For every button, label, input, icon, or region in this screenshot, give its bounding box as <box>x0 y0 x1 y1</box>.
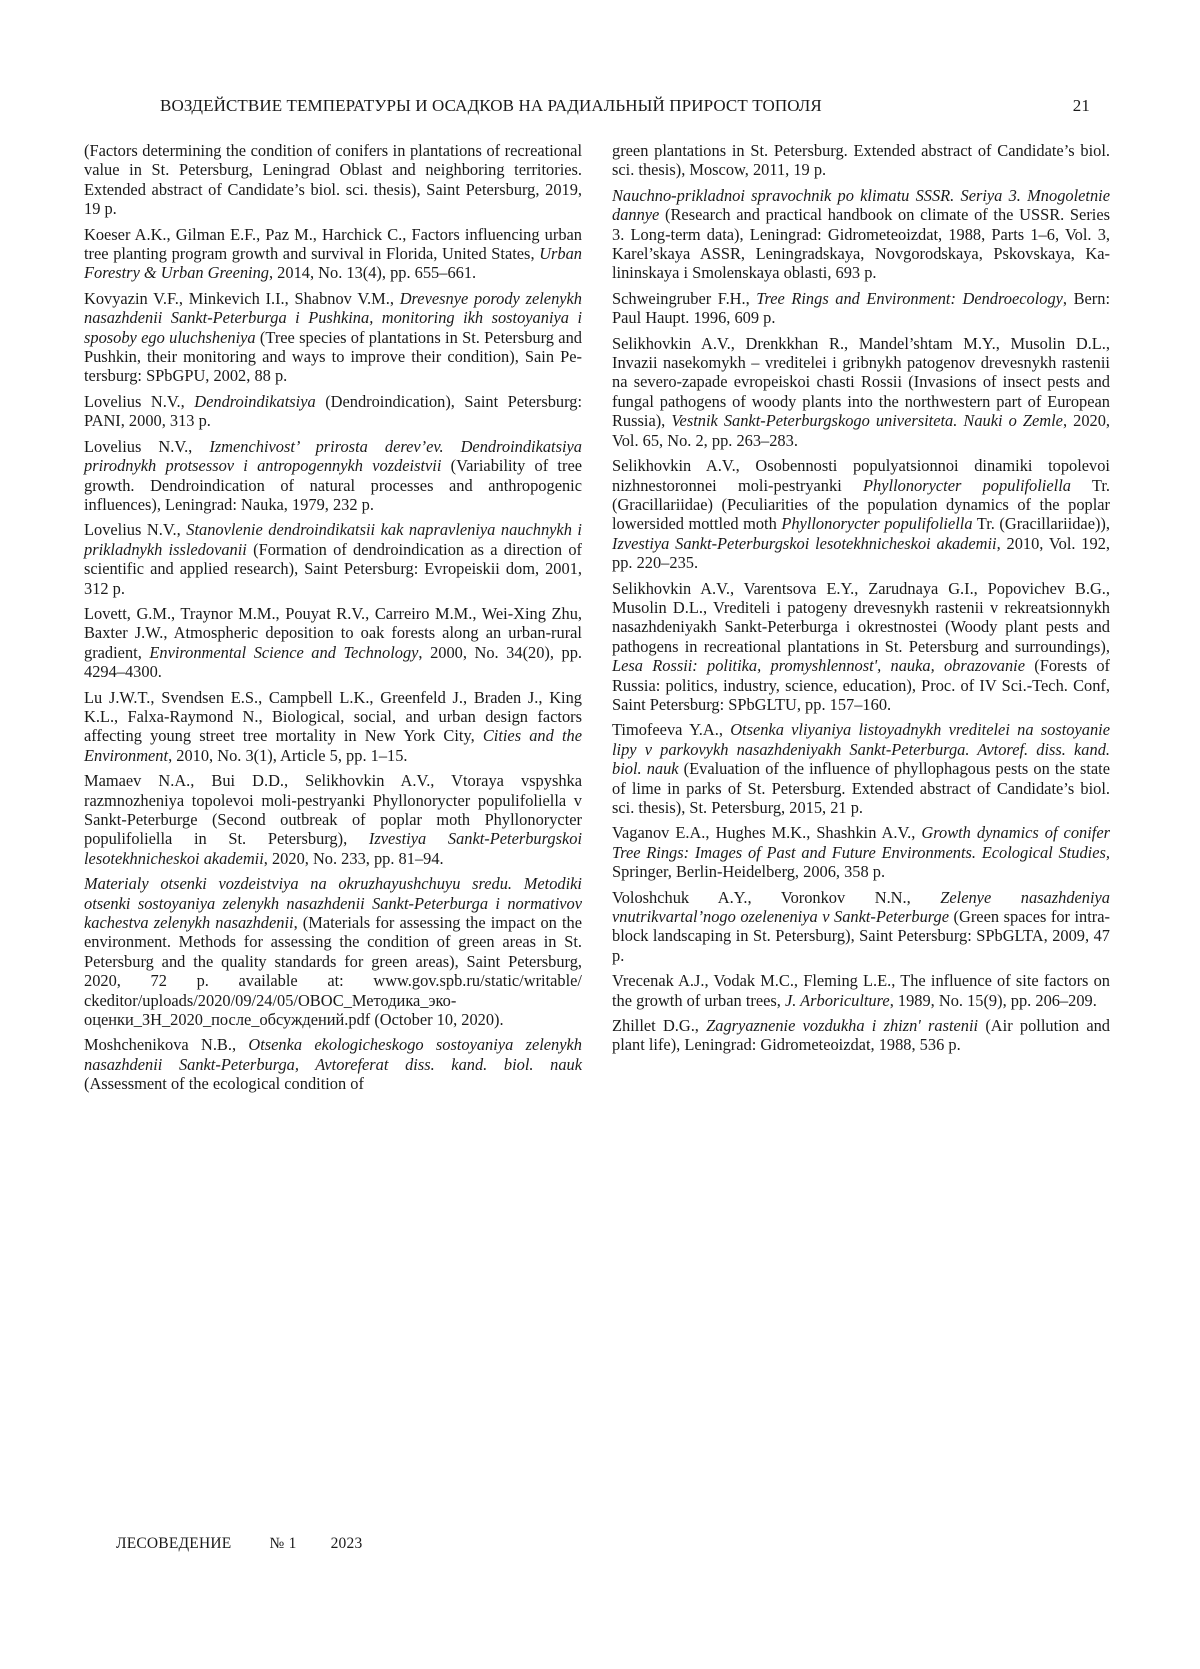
reference-italic-title: J. Arboriculture <box>785 991 890 1010</box>
reference-entry: green plantations in St. Petersburg. Ext… <box>612 141 1110 180</box>
reference-text: Springer, Berlin-Heidelberg, 2006, 358 p… <box>612 862 885 881</box>
reference-italic-title: Zagryaznenie vozdukha i zhizn' rastenii <box>706 1016 978 1035</box>
reference-text: Moshchenikova N.B., <box>84 1035 248 1054</box>
reference-text: (Assessment of the ecological condition … <box>84 1074 364 1093</box>
reference-entry: Timofeeva Y.A., Otsenka vliyaniya listoy… <box>612 720 1110 817</box>
reference-text: , 2020, No. 233, pp. 81–94. <box>264 849 444 868</box>
reference-italic-title: Vestnik Sankt-Peterburgskogo universitet… <box>671 411 1063 430</box>
reference-text: (Factors determining the condition of co… <box>84 141 582 218</box>
reference-column-right: green plantations in St. Petersburg. Ext… <box>612 141 1110 1061</box>
reference-text: Tr. (Gracillariidae)), <box>973 514 1110 533</box>
reference-text: Vaganov E.A., Hughes M.K., Shashkin A.V.… <box>612 823 921 842</box>
reference-text: Lovelius N.V., <box>84 392 194 411</box>
reference-text: Schweingruber F.H., <box>612 289 756 308</box>
reference-entry: Lovelius N.V., Stanovlenie dendroindikat… <box>84 520 582 598</box>
reference-text: green plantations in St. Petersburg. Ext… <box>612 141 1110 179</box>
reference-entry: Lovelius N.V., Dendroindikatsiya (Dendro… <box>84 392 582 431</box>
issue-number: № 1 <box>270 1535 297 1553</box>
reference-entry: Moshchenikova N.B., Otsenka ekologichesk… <box>84 1035 582 1093</box>
running-title: ВОЗДЕЙСТВИЕ ТЕМПЕРАТУРЫ И ОСАДКОВ НА РАД… <box>160 96 822 116</box>
reference-entry: Lovett, G.M., Traynor M.M., Pouyat R.V.,… <box>84 604 582 682</box>
reference-italic-title: Phyllonorycter populifoliella <box>781 514 972 533</box>
reference-text: Kovyazin V.F., Minkevich I.I., Shabnov V… <box>84 289 400 308</box>
reference-entry: Lu J.W.T., Svendsen E.S., Campbell L.K.,… <box>84 688 582 766</box>
reference-text: (Evaluation of the influ­ence of phyllop… <box>612 759 1110 817</box>
reference-italic-title: Lesa Rossii: politika, promyshlennost', … <box>612 656 1025 675</box>
reference-text: , 2010, No. 3(1), Article 5, pp. 1–15. <box>168 746 407 765</box>
reference-entry: Selikhovkin A.V., Osobennosti populyatsi… <box>612 456 1110 572</box>
reference-italic-title: Environmental Sci­ence and Technology <box>149 643 418 662</box>
reference-entry: Vrecenak A.J., Vodak M.C., Fleming L.E.,… <box>612 971 1110 1010</box>
page-number: 21 <box>1073 96 1090 116</box>
reference-entry: Selikhovkin A.V., Varentsova E.Y., Zarud… <box>612 579 1110 715</box>
reference-entry: Zhillet D.G., Zagryaznenie vozdukha i zh… <box>612 1016 1110 1055</box>
reference-entry: Schweingruber F.H., Tree Rings and Envir… <box>612 289 1110 328</box>
reference-column-left: (Factors determining the condition of co… <box>84 141 582 1100</box>
reference-italic-title: Tree Rings and Environment: Dendro­ecolo… <box>756 289 1063 308</box>
page-footer: ЛЕСОВЕДЕНИЕ № 1 2023 <box>116 1535 362 1553</box>
reference-italic-title: Izvestiya Sankt-Peterburgskoi lesotekhni… <box>612 534 997 553</box>
journal-name: ЛЕСОВЕДЕНИЕ <box>116 1535 231 1553</box>
reference-text: (Research and practical handbook on clim… <box>612 205 1110 282</box>
reference-italic-title: Phyllonorycter populifoliella <box>863 476 1071 495</box>
reference-entry: (Factors determining the condition of co… <box>84 141 582 219</box>
reference-text: Lovelius N.V., <box>84 437 209 456</box>
reference-text: Koeser A.K., Gilman E.F., Paz M., Harchi… <box>84 225 582 263</box>
reference-text: Selikhovkin A.V., Varentsova E.Y., Zarud… <box>612 579 1110 656</box>
reference-entry: Kovyazin V.F., Minkevich I.I., Shabnov V… <box>84 289 582 386</box>
reference-entry: Voloshchuk A.Y., Voronkov N.N., Zelenye … <box>612 888 1110 966</box>
reference-entry: Koeser A.K., Gilman E.F., Paz M., Harchi… <box>84 225 582 283</box>
reference-text: Zhillet D.G., <box>612 1016 706 1035</box>
reference-text: Timofeeva Y.A., <box>612 720 730 739</box>
reference-italic-title: Dendroindikatsiya <box>194 392 315 411</box>
reference-entry: Lovelius N.V., Izmenchivost’ prirosta de… <box>84 437 582 515</box>
reference-text: , 2014, No. 13(4), pp. 655–661. <box>269 263 476 282</box>
reference-entry: Vaganov E.A., Hughes M.K., Shashkin A.V.… <box>612 823 1110 881</box>
reference-text: Voloshchuk A.Y., Voronkov N.N., <box>612 888 940 907</box>
reference-text: Lovelius N.V., <box>84 520 186 539</box>
publication-year: 2023 <box>331 1535 363 1553</box>
reference-entry: Nauchno-prikladnoi spravochnik po klimat… <box>612 186 1110 283</box>
reference-entry: Selikhovkin A.V., Drenkkhan R., Mandel’s… <box>612 334 1110 450</box>
reference-entry: Materialy otsenki vozdeistviya na okruzh… <box>84 874 582 1029</box>
reference-text: , 1989, No. 15(9), pp. 206–209. <box>890 991 1097 1010</box>
reference-entry: Mamaev N.A., Bui D.D., Selikhovkin A.V.,… <box>84 771 582 868</box>
